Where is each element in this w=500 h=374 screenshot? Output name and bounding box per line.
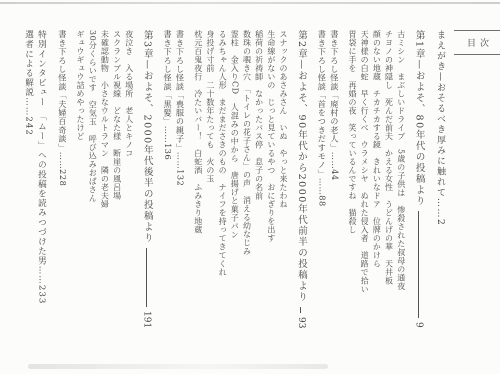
toc-entry-column: スナックのあさみさん いぬ やっと来たわね [279,30,288,328]
bonus-story-entry: 書き下ろし怪談「喪服の親子」……132 [175,30,184,328]
chapter-1-title: 第1章—およそ、80年代の投稿より [413,30,424,207]
toc-entry-column: 夜泣き 入る場所 老人とキノコ [125,30,134,328]
book-toc-page: 目次 まえがき—おそるべき厚みに触れて……2 第1章—およそ、80年代の投稿より… [0,0,500,374]
toc-entry-column: 未確認動物 小さなウルトラマン 隣の老夫婦 [100,30,109,328]
bonus-story-entry: 書き下ろし怪談「夫婦百奇談」……228 [57,30,66,328]
toc-entry-column: スクランブル視線 どなた様 断崖の風呂場 [112,30,121,328]
commentary-entry: 選者による解説……242 [23,30,33,328]
scan-smudge [28,364,328,369]
chapter-1-page-number: 9 [413,322,424,328]
toc-body: まえがき—おそるべき厚みに触れて……2 第1章—およそ、80年代の投稿より 9 … [6,30,448,328]
toc-entry-column: 胃袋に手を 再婚の夜 笑っているんですね 猫殺し [348,30,357,328]
toc-entry-column: 霊柱 金入りCD 人混みの中から 唐揚げと菓子パン [230,30,239,328]
toc-entry-column: 身投げ寸前 二十数年たっても 火の玉 [206,30,215,328]
toc-entry-column: ギュウギュウ詰めやったけど [76,30,85,328]
chapter-1-heading: 第1章—およそ、80年代の投稿より 9 [413,30,424,328]
leader-rule [141,244,152,311]
chapter-2-page-number: 93 [295,317,306,328]
bonus-story-entry: 書き下ろし怪談「廃村の老人」……44 [329,30,338,328]
toc-corner-label: 目次 [454,30,500,55]
toc-entry-column: 古ミシン まぶしいドライブ 5歳の子供は 惨殺された叔母の通夜 [397,30,406,328]
toc-entry-column: るみちゃん人形 まだまださきのもの ナイフを持ってきてくれ [218,30,227,328]
preface-entry: まえがき—おそるべき厚みに触れて……2 [435,30,445,328]
toc-entry-column: 顔のない地蔵 チカチカする鏡 きれいなドア 位牌のかけら [372,30,381,328]
page-top-edge [0,2,500,4]
toc-entry-column: 生命線がないの じっと見ているやつ おにぎりを出す [267,30,276,328]
toc-entry-column: チヨノの神隠し 死んだ前夫 かえる女性 うどんげの華 天井板 [384,30,393,328]
toc-entry-column: 稲荷の祈祷師 なかったバス停 息子の名前 [254,30,263,328]
chapter-3-heading: 第3章—およそ、2000年代後半の投稿より 191 [141,30,152,328]
chapter-3-page-number: 191 [141,311,152,328]
toc-entry-column: 数珠の覗き穴 「トイレの花子さん」の声 消える幼なじみ [242,30,251,328]
chapter-2-heading: 第2章—およそ、90年代から2000年代前半の投稿より 93 [295,30,306,328]
toc-entry-column: 枕元百鬼夜行 冷たいバー！ 白蛇酒 ふみきり地蔵 [194,30,203,328]
leader-rule [295,303,306,317]
special-interview-entry: 特別インタビュー 「ムー」への投稿を読みつづけた男……233 [36,30,46,328]
chapter-3-title: 第3章—およそ、2000年代後半の投稿より [141,30,152,244]
leader-rule [413,207,424,323]
bonus-story-entry: 書き下ろし怪談「黒髪」……136 [163,30,172,328]
toc-entry-column: 天神様の白蛇 早く行くべ ウラメシヤ ぬれた侵入者 道路で拾い [360,30,369,328]
toc-entry-column: 30分くらいです 空気玉 呼び込みおばさん [88,30,97,328]
chapter-2-title: 第2章—およそ、90年代から2000年代前半の投稿より [295,30,306,303]
bonus-story-entry: 書き下ろし怪談「首をつきだすモノ」……88 [317,30,326,328]
toc-title: 目次 [467,39,493,49]
